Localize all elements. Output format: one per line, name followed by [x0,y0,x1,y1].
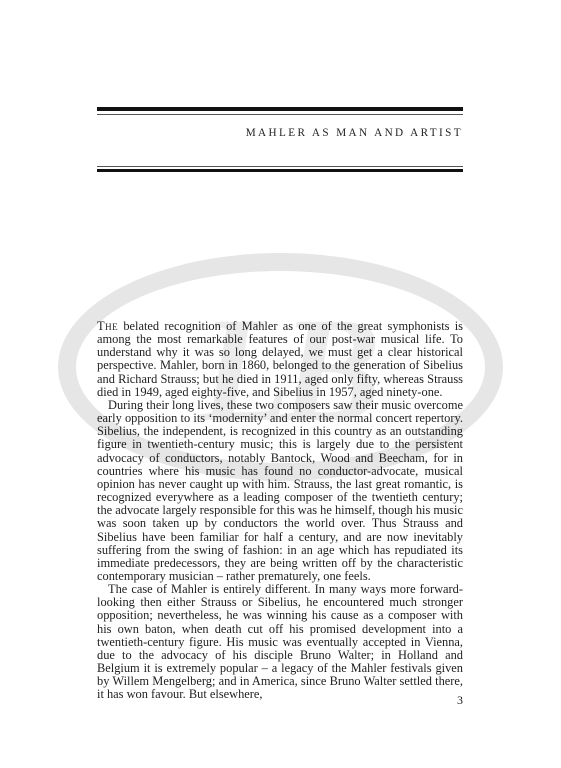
paragraph-1: The belated recognition of Mahler as one… [97,320,463,399]
paragraph-2: During their long lives, these two compo… [97,399,463,583]
top-rule-thin [97,114,463,115]
top-rule-thick [97,107,463,111]
running-head: MAHLER AS MAN AND ARTIST [246,127,463,139]
small-caps-lead: The [97,319,118,333]
paragraph-3: The case of Mahler is entirely different… [97,583,463,701]
bottom-rule-thick [97,169,463,172]
body-text: The belated recognition of Mahler as one… [97,320,463,702]
bottom-rule-thin [97,166,463,167]
